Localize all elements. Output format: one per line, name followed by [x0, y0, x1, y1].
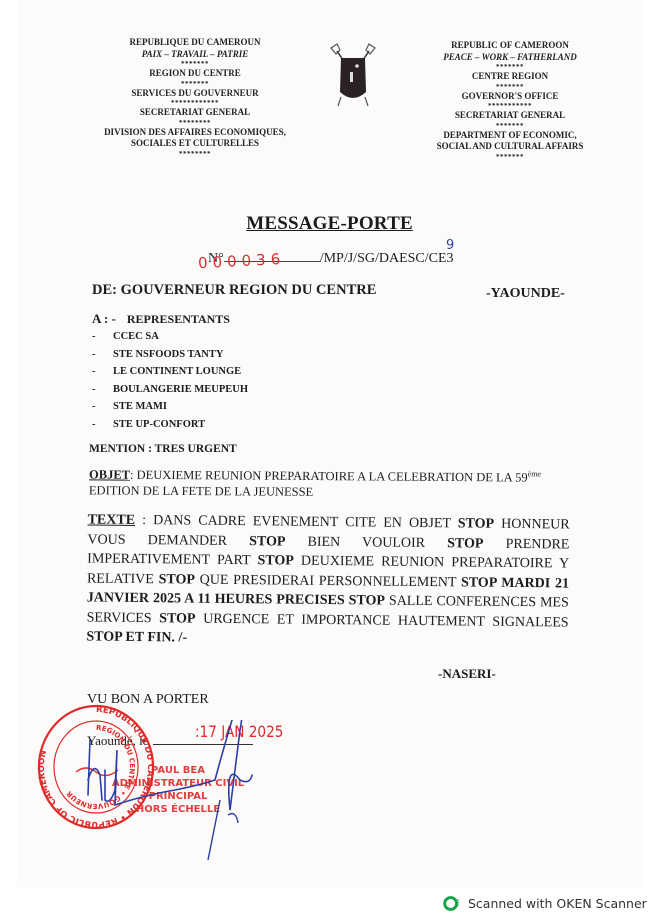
- recipient-name: STE UP-CONFORT: [113, 419, 205, 437]
- body-emphasis: STOP: [257, 553, 293, 568]
- watermark-text: Scanned with OKEN Scanner: [468, 896, 647, 911]
- bullet-dash: -: [92, 366, 113, 384]
- body-emphasis: STOP: [249, 534, 285, 549]
- right-header-line: SECRETARIAT GENERAL: [410, 110, 610, 122]
- recipient-list: -CCEC SA-STE NSFOODS TANTY-LE CONTINENT …: [92, 331, 248, 437]
- left-header-line: SERVICES DU GOUVERNEUR: [90, 88, 300, 100]
- subject-text-continued: EDITION DE LA FETE DE LA JEUNESSE: [89, 483, 313, 499]
- recipient-name: BOULANGERIE MEUPEUH: [113, 384, 248, 402]
- body-emphasis: STOP: [458, 516, 494, 531]
- body-text: BIEN VOULOIR: [285, 534, 447, 551]
- recipient-item: -CCEC SA: [92, 331, 248, 349]
- left-header-line: DIVISION DES AFFAIRES ECONOMIQUES,: [90, 127, 300, 139]
- recipient-label: A : -: [92, 311, 116, 326]
- recipient-item: -STE UP-CONFORT: [92, 419, 248, 437]
- document-title: MESSAGE-PORTE: [0, 213, 659, 235]
- scanner-watermark: Scanned with OKEN Scanner: [443, 895, 647, 912]
- recipient-item: -BOULANGERIE MEUPEUH: [92, 384, 248, 402]
- cameroon-coat-of-arms-icon: [328, 42, 378, 112]
- recipient-item: -STE MAMI: [92, 401, 248, 419]
- body-label: TEXTE: [88, 512, 136, 527]
- left-header-line: REGION DU CENTRE: [90, 68, 300, 80]
- right-header-line: ***********: [410, 102, 610, 110]
- recipient-item: -LE CONTINENT LOUNGE: [92, 366, 248, 384]
- body-emphasis: STOP: [159, 572, 195, 587]
- urgency-mention: MENTION : TRES URGENT: [89, 443, 237, 455]
- right-header-line: PEACE – WORK – FATHERLAND: [410, 52, 610, 64]
- right-header-line: SOCIAL AND CULTURAL AFFAIRS: [410, 141, 610, 153]
- subject-paragraph: OBJET: DEUXIEME REUNION PREPARATOIRE A L…: [89, 463, 571, 502]
- right-header-line: DEPARTMENT OF ECONOMIC,: [410, 130, 610, 142]
- sender-line: DE: GOUVERNEUR REGION DU CENTRE: [92, 282, 376, 299]
- message-body: TEXTE : DANS CADRE EVENEMENT CITE EN OBJ…: [86, 510, 569, 652]
- handwritten-annotation: 9: [446, 238, 454, 253]
- recipient-name: STE MAMI: [113, 401, 167, 419]
- body-text: URGENCE ET IMPORTANCE HAUTEMENT SIGNALEE…: [195, 611, 568, 630]
- right-header-line: REPUBLIC OF CAMEROON: [410, 40, 610, 52]
- city-line: -YAOUNDE-: [486, 286, 565, 302]
- handwritten-signature: [60, 720, 270, 870]
- header-right-english: REPUBLIC OF CAMEROONPEACE – WORK – FATHE…: [410, 40, 610, 161]
- recipient-name: CCEC SA: [113, 331, 159, 349]
- recipient-value: REPRESENTANTS: [127, 312, 230, 326]
- signatory-name: -NASERI-: [438, 666, 496, 682]
- right-header-line: *******: [410, 122, 610, 130]
- subject-label: OBJET: [89, 467, 130, 481]
- reference-suffix: /MP/J/SG/DAESC/CE3: [320, 251, 454, 266]
- bullet-dash: -: [92, 349, 113, 367]
- right-header-line: *******: [410, 83, 610, 91]
- left-header-line: ********: [90, 119, 300, 127]
- right-header-line: *******: [410, 63, 610, 71]
- oken-scanner-logo-icon: [443, 895, 460, 912]
- left-header-line: *******: [90, 80, 300, 88]
- recipient-item: -STE NSFOODS TANTY: [92, 349, 248, 367]
- left-header-line: REPUBLIQUE DU CAMEROUN: [90, 37, 300, 49]
- bullet-dash: -: [92, 401, 113, 419]
- recipient-heading: A : - REPRESENTANTS: [92, 311, 230, 327]
- body-text: QUE PRESIDERAI PERSONNELLEMENT: [195, 572, 461, 590]
- left-header-line: PAIX – TRAVAIL – PATRIE: [90, 49, 300, 61]
- right-header-line: *******: [410, 153, 610, 161]
- left-header-line: SOCIALES ET CULTURELLES: [90, 138, 300, 150]
- bullet-dash: -: [92, 384, 113, 402]
- header-left-french: REPUBLIQUE DU CAMEROUNPAIX – TRAVAIL – P…: [90, 37, 300, 158]
- subject-superscript: ème: [528, 469, 541, 478]
- left-header-line: ************: [90, 99, 300, 107]
- body-emphasis: STOP ET FIN. /-: [86, 629, 187, 645]
- right-header-line: CENTRE REGION: [410, 71, 610, 83]
- body-emphasis: STOP: [159, 611, 195, 626]
- recipient-name: STE NSFOODS TANTY: [113, 349, 223, 367]
- recipient-name: LE CONTINENT LOUNGE: [113, 366, 241, 384]
- left-header-line: SECRETARIAT GENERAL: [90, 107, 300, 119]
- right-header-line: GOVERNOR'S OFFICE: [410, 91, 610, 103]
- left-header-line: *******: [90, 60, 300, 68]
- body-emphasis: STOP: [447, 536, 483, 551]
- body-text: : DANS CADRE EVENEMENT CITE EN OBJET: [142, 513, 458, 531]
- bullet-dash: -: [92, 419, 113, 437]
- left-header-line: ********: [90, 150, 300, 158]
- bullet-dash: -: [92, 331, 113, 349]
- subject-text: : DEUXIEME REUNION PREPARATOIRE A LA CEL…: [130, 468, 528, 485]
